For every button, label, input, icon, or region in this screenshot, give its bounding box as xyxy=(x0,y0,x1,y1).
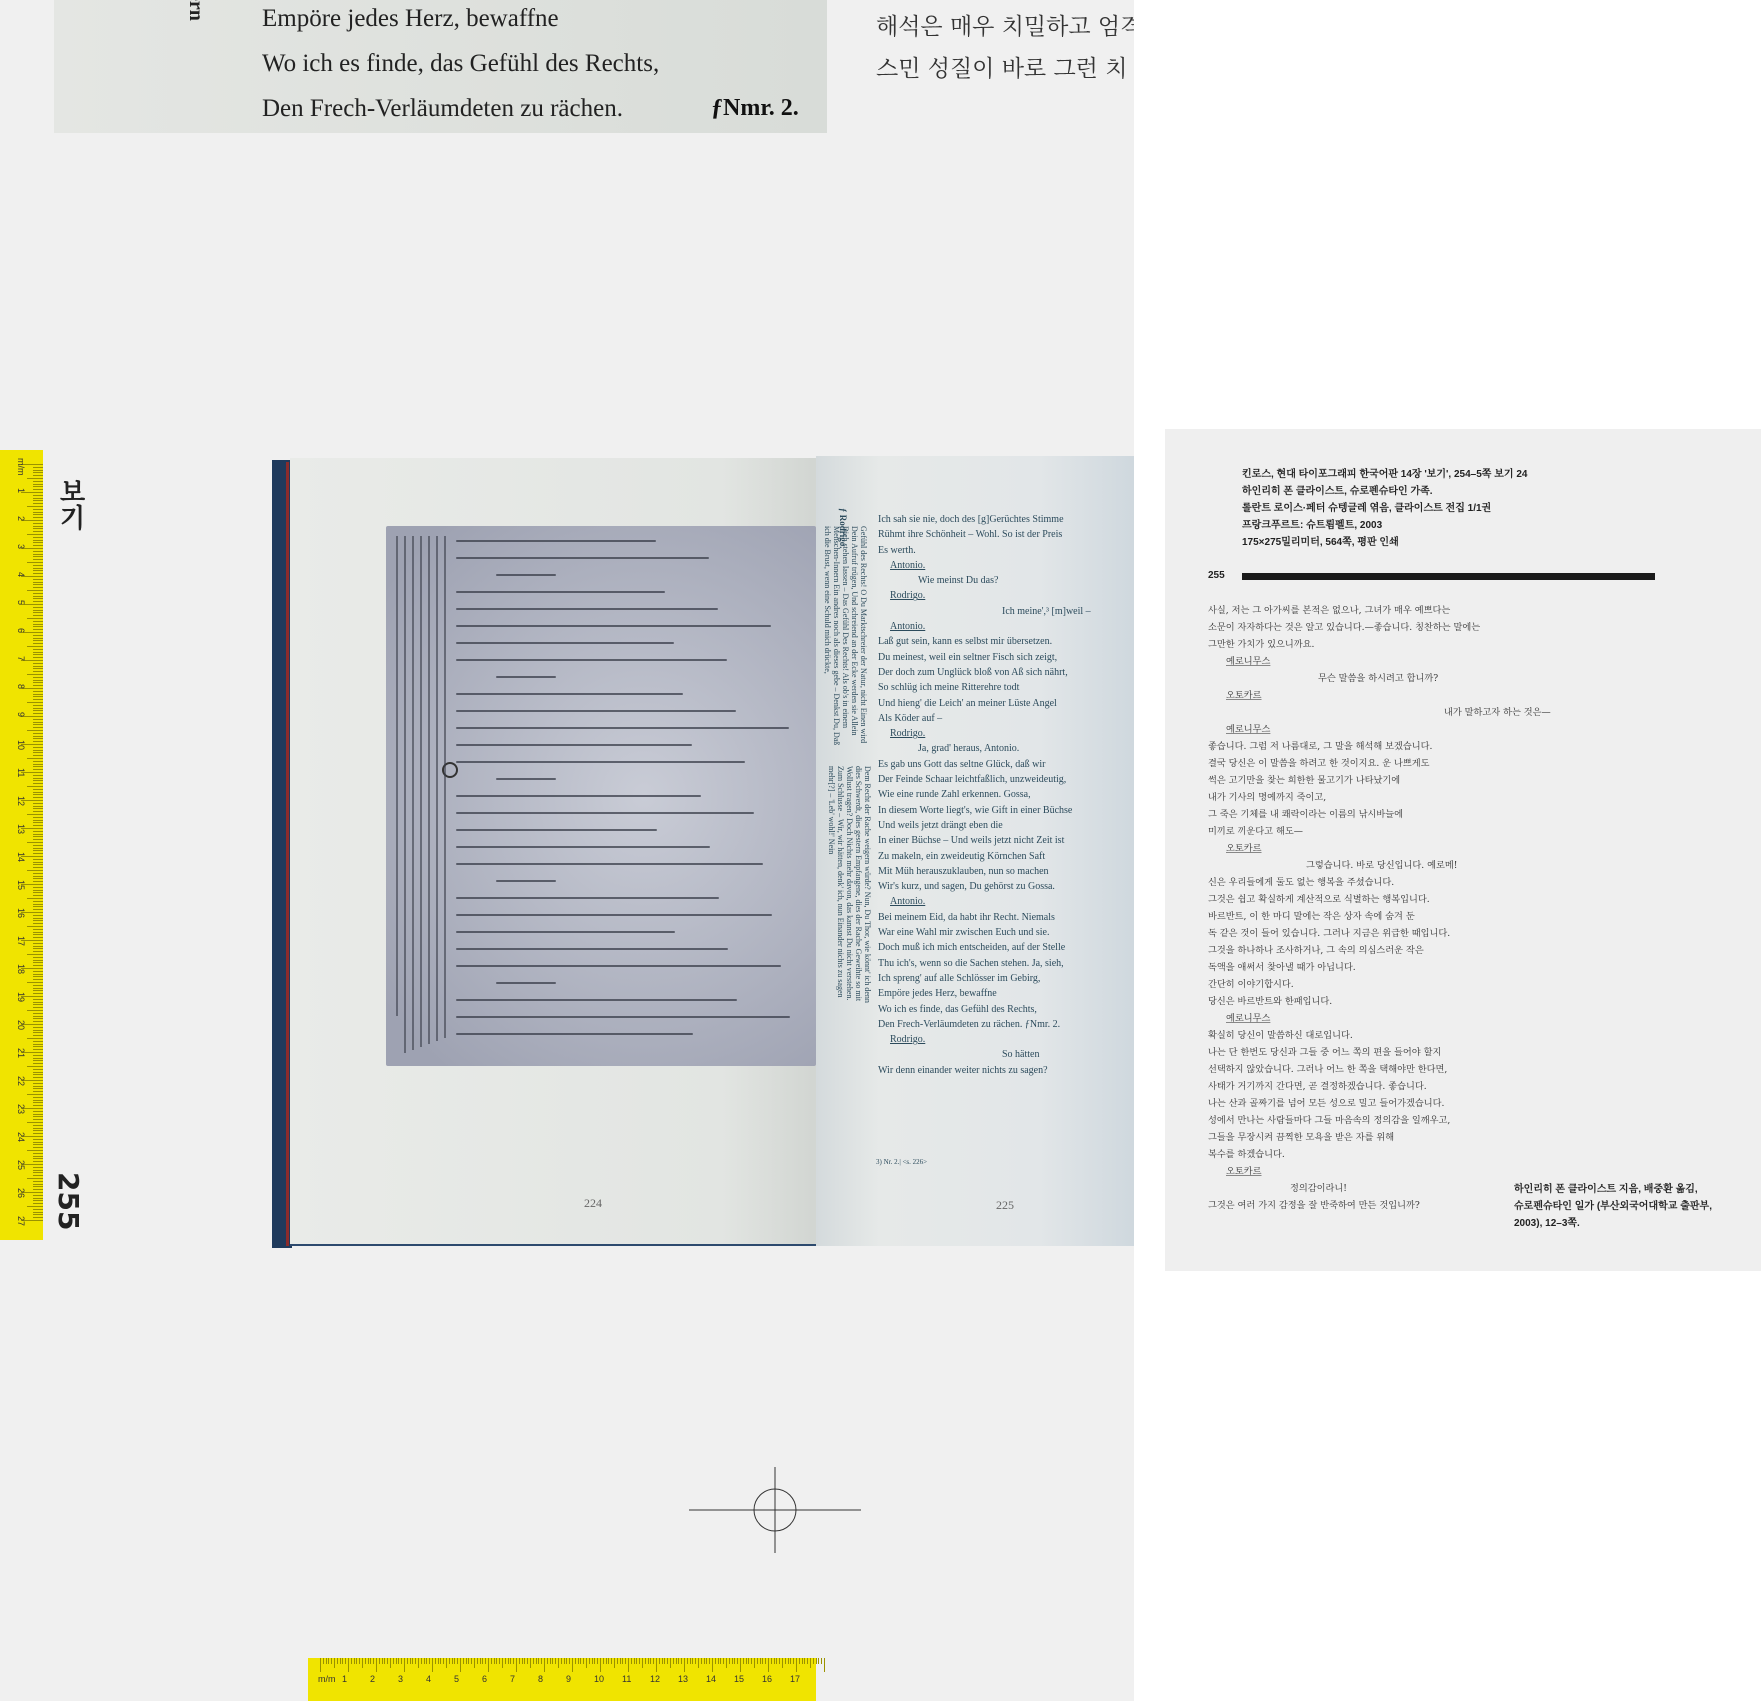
ruler-tick xyxy=(558,1658,559,1668)
korean-translation-text: 사실, 저는 그 아가씨를 본적은 없으나, 그녀가 매우 예쁘다는소문이 자자… xyxy=(1208,602,1551,1214)
ruler-tick xyxy=(33,895,43,896)
ruler-tick xyxy=(33,568,43,569)
ruler-tick xyxy=(33,587,43,588)
ruler-tick xyxy=(33,554,43,555)
ruler-tick xyxy=(33,794,43,795)
ruler-tick xyxy=(33,845,43,846)
ruler-tick xyxy=(737,1658,738,1664)
ruler-tick xyxy=(33,1018,43,1019)
ruler-tick xyxy=(454,1658,455,1664)
ruler-tick xyxy=(33,1091,43,1092)
ruler-tick xyxy=(33,579,43,580)
ruler-label: 1 xyxy=(342,1674,347,1684)
text-line: Wir denn einander weiter nichts zu sagen… xyxy=(878,1063,1091,1078)
ruler-tick xyxy=(729,1658,730,1664)
ruler-tick xyxy=(642,1658,643,1668)
ruler-tick xyxy=(33,1069,43,1070)
speaker-name: Rodrigo. xyxy=(878,726,1091,741)
ruler-tick xyxy=(667,1658,668,1664)
ruler-tick xyxy=(33,542,43,543)
ruler-tick xyxy=(656,1658,657,1672)
ruler-tick xyxy=(600,1658,601,1672)
ruler-tick xyxy=(821,1658,822,1664)
speaker-name: 오토카르 xyxy=(1208,687,1551,704)
ruler-tick xyxy=(33,1032,43,1033)
ruler-tick xyxy=(578,1658,579,1664)
ruler-tick xyxy=(33,1130,43,1131)
ruler-tick xyxy=(33,694,43,695)
ruler-tick xyxy=(27,786,43,787)
ruler-label: 12 xyxy=(16,796,26,806)
handwriting-stroke xyxy=(456,761,745,763)
text-line: Du meinest, weil ein seltner Fisch sich … xyxy=(878,650,1091,665)
ruler-tick xyxy=(33,710,43,711)
ruler-tick xyxy=(33,990,43,991)
ruler-tick xyxy=(485,1658,486,1664)
ruler-tick xyxy=(33,1083,43,1084)
ruler-tick xyxy=(27,562,43,563)
handwriting-stroke xyxy=(456,1016,790,1018)
book-left-page: 224 xyxy=(290,458,830,1244)
ruler-tick xyxy=(359,1658,360,1664)
ruler-tick xyxy=(583,1658,584,1664)
text-line: 사실, 저는 그 아가씨를 본적은 없으나, 그녀가 매우 예쁘다는 xyxy=(1208,602,1551,619)
ruler-label: 25 xyxy=(16,1160,26,1170)
ruler-tick xyxy=(524,1658,525,1664)
text-line: So hätten xyxy=(878,1047,1091,1062)
ruler-tick xyxy=(33,1021,43,1022)
handwriting-stroke xyxy=(444,536,446,1038)
handwriting-stroke xyxy=(456,795,701,797)
ruler-tick xyxy=(33,545,43,546)
ruler-tick xyxy=(376,1658,377,1672)
ruler-tick xyxy=(796,1658,797,1672)
ruler-tick xyxy=(33,467,43,468)
ruler-label: 10 xyxy=(16,740,26,750)
ruler-tick xyxy=(438,1658,439,1664)
ruler-tick xyxy=(27,898,43,899)
cover-red-edge xyxy=(286,462,289,1246)
ruler-label: 16 xyxy=(762,1674,772,1684)
ruler-tick xyxy=(746,1658,747,1664)
handwriting-stroke xyxy=(496,574,556,576)
ruler-tick xyxy=(544,1658,545,1672)
ruler-tick xyxy=(33,652,43,653)
ruler-tick xyxy=(370,1658,371,1664)
ruler-label: 9 xyxy=(16,712,26,717)
ruler-tick xyxy=(33,862,43,863)
open-book-photo: 224 ƒ Rodrigo. Gefühl des Rechts! O Du M… xyxy=(272,458,1134,1248)
ruler-tick xyxy=(477,1658,478,1664)
text-line: 좋습니다. 그럼 저 나름대로, 그 말을 해석해 보겠습니다. xyxy=(1208,738,1551,755)
ruler-tick xyxy=(33,1200,43,1201)
ruler-tick xyxy=(33,1139,43,1140)
ruler-tick xyxy=(734,1658,735,1664)
top-crop-line: Den Frech-Verläumdeten zu rächen. xyxy=(262,95,623,123)
source-line: 2003), 12–3쪽. xyxy=(1514,1215,1712,1232)
ruler-tick xyxy=(33,752,43,753)
ruler-tick xyxy=(480,1658,481,1664)
ruler-tick xyxy=(33,1035,43,1036)
ruler-tick xyxy=(33,839,43,840)
ruler-tick xyxy=(33,649,43,650)
ruler-label: 11 xyxy=(622,1674,631,1684)
ruler-tick xyxy=(718,1658,719,1664)
ruler-tick xyxy=(555,1658,556,1664)
text-line: Und hieng' die Leich' an meiner Lüste An… xyxy=(878,696,1091,711)
ruler-tick xyxy=(33,584,43,585)
ruler-tick xyxy=(33,626,43,627)
ruler-tick xyxy=(368,1658,369,1664)
vertical-variant-note: Dem Recht der Rache weigern würde? Nun, … xyxy=(822,766,872,1016)
ruler-tick xyxy=(762,1658,763,1664)
ruler-tick xyxy=(695,1658,696,1664)
ruler-tick xyxy=(774,1658,775,1664)
ruler-tick xyxy=(27,674,43,675)
ruler-tick xyxy=(634,1658,635,1664)
handwriting-stroke xyxy=(456,625,771,627)
handwriting-stroke xyxy=(456,693,683,695)
ruler-label: 22 xyxy=(16,1076,26,1086)
handwriting-stroke xyxy=(428,536,430,1044)
ruler-tick xyxy=(460,1658,461,1672)
ruler-tick xyxy=(712,1658,713,1672)
ruler-tick xyxy=(33,503,43,504)
handwriting-stroke xyxy=(496,982,556,984)
speaker-name: 예로니무스 xyxy=(1208,1010,1551,1027)
ruler-tick xyxy=(636,1658,637,1664)
ruler-label: 12 xyxy=(650,1674,660,1684)
ruler-label: 6 xyxy=(482,1674,487,1684)
text-line: 그 죽은 기체를 내 쾌락이라는 이름의 낚시바늘에 xyxy=(1208,806,1551,823)
text-line: 당신은 바르반트와 한패입니다. xyxy=(1208,993,1551,1010)
ruler-label: 4 xyxy=(16,572,26,577)
handwriting-stroke xyxy=(420,536,422,1047)
ruler-label: 27 xyxy=(16,1216,26,1226)
ruler-tick xyxy=(33,957,43,958)
ruler-tick xyxy=(33,1074,43,1075)
ruler-tick xyxy=(27,842,43,843)
ruler-tick xyxy=(804,1658,805,1664)
footnote: 3) Nr. 2.| <s. 226> xyxy=(876,1158,927,1166)
ruler-tick xyxy=(33,792,43,793)
speaker-name: Rodrigo. xyxy=(878,588,1091,603)
ruler-tick xyxy=(362,1658,363,1668)
ruler-tick xyxy=(33,1203,43,1204)
ruler-tick xyxy=(645,1658,646,1664)
ruler-tick xyxy=(33,803,43,804)
ruler-tick xyxy=(33,943,43,944)
ruler-tick xyxy=(410,1658,411,1664)
ruler-tick xyxy=(33,635,43,636)
ruler-tick xyxy=(33,724,43,725)
ruler-tick xyxy=(33,1097,43,1098)
text-line: Und weils jetzt drängt eben die xyxy=(878,818,1091,833)
ruler-tick xyxy=(457,1658,458,1664)
german-text-block: Ich sah sie nie, doch des [g]Gerüchtes S… xyxy=(878,512,1091,1078)
text-line: Der Feinde Schaar leichtfaßlich, unzweid… xyxy=(878,772,1091,787)
ruler-tick xyxy=(33,722,43,723)
ruler-tick xyxy=(27,646,43,647)
text-line: 나는 단 한번도 당신과 그들 중 어느 쪽의 편을 들어야 할지 xyxy=(1208,1044,1551,1061)
ruler-tick xyxy=(690,1658,691,1664)
ruler-tick xyxy=(396,1658,397,1664)
text-line: War eine Wahl mir zwischen Euch und sie. xyxy=(878,925,1091,940)
text-line: Empöre jedes Herz, bewaffne xyxy=(878,986,1091,1001)
ruler-tick xyxy=(390,1658,391,1668)
ruler-tick xyxy=(33,708,43,709)
ruler-tick xyxy=(589,1658,590,1664)
ruler-tick xyxy=(27,478,43,479)
ruler-tick xyxy=(415,1658,416,1664)
ruler-tick xyxy=(418,1658,419,1668)
handwriting-stroke xyxy=(496,880,556,882)
ruler-tick xyxy=(33,615,43,616)
ruler-tick xyxy=(33,881,43,882)
handwriting-stroke xyxy=(456,948,728,950)
ruler-tick xyxy=(33,1088,43,1089)
ruler-tick xyxy=(33,593,43,594)
ruler-tick xyxy=(33,755,43,756)
ruler-tick xyxy=(33,817,43,818)
ruler-tick xyxy=(33,806,43,807)
ruler-tick xyxy=(743,1658,744,1664)
text-line: 사태가 거기까지 간다면, 곧 결정하겠습니다. 좋습니다. xyxy=(1208,1078,1551,1095)
ruler-tick xyxy=(33,1128,43,1129)
ruler-tick xyxy=(597,1658,598,1664)
text-line: Ich spreng' auf alle Schlösser im Gebirg… xyxy=(878,971,1091,986)
ruler-tick xyxy=(33,484,43,485)
ruler-label: 3 xyxy=(16,544,26,549)
text-line: Wir's kurz, und sagen, Du gehörst zu Gos… xyxy=(878,879,1091,894)
ruler-tick xyxy=(757,1658,758,1664)
handwriting-stroke xyxy=(456,557,709,559)
ruler-tick xyxy=(345,1658,346,1664)
ruler-tick xyxy=(33,1142,43,1143)
ruler-tick xyxy=(27,1010,43,1011)
ruler-tick xyxy=(33,498,43,499)
text-line: 그것은 여러 가지 감정을 잘 반죽하여 만든 것입니까? xyxy=(1208,1197,1551,1214)
ruler-tick xyxy=(720,1658,721,1664)
ruler-tick xyxy=(337,1658,338,1664)
ruler-tick xyxy=(33,1181,43,1182)
ruler-tick xyxy=(33,778,43,779)
handwriting-stroke xyxy=(456,744,692,746)
handwriting-stroke xyxy=(412,536,414,1050)
ruler-tick xyxy=(33,1030,43,1031)
ruler-tick xyxy=(27,870,43,871)
ruler-tick xyxy=(33,565,43,566)
citation-line: 롤란트 로이스·페터 슈텡글레 엮음, 클라이스트 전집 1/1권 xyxy=(1242,500,1527,517)
text-line: Den Frech-Verläumdeten zu rächen. ƒNmr. … xyxy=(878,1017,1091,1032)
ruler-tick xyxy=(33,654,43,655)
ruler-tick xyxy=(33,643,43,644)
ruler-tick xyxy=(33,1198,43,1199)
ruler-tick xyxy=(701,1658,702,1664)
ruler-tick xyxy=(33,1209,43,1210)
ruler-tick xyxy=(33,1167,43,1168)
ruler-tick xyxy=(27,730,43,731)
text-line: 바르반트, 이 한 마디 말에는 작은 상자 속에 숨겨 둔 xyxy=(1208,908,1551,925)
ruler-tick xyxy=(33,537,43,538)
right-page-number: 225 xyxy=(996,1198,1014,1213)
text-line: 나는 산과 골짜기를 넘어 모든 성으로 밀고 들어가겠습니다. xyxy=(1208,1095,1551,1112)
text-line: Als Köder auf – xyxy=(878,711,1091,726)
ruler-tick xyxy=(33,951,43,952)
handwriting-stroke xyxy=(396,536,398,1016)
handwriting-stroke xyxy=(456,659,727,661)
ruler-tick xyxy=(818,1658,819,1664)
text-line: Ja, grad' heraus, Antonio. xyxy=(878,741,1091,756)
ruler-tick xyxy=(33,713,43,714)
ruler-label: 2 xyxy=(16,516,26,521)
ruler-tick xyxy=(639,1658,640,1664)
ruler-tick xyxy=(33,526,43,527)
text-line: Wo ich es finde, das Gefühl des Rechts, xyxy=(878,1002,1091,1017)
ruler-tick xyxy=(33,918,43,919)
ruler-tick xyxy=(33,1007,43,1008)
ruler-tick xyxy=(33,901,43,902)
ruler-tick xyxy=(33,820,43,821)
ruler-tick xyxy=(33,629,43,630)
ruler-tick xyxy=(715,1658,716,1664)
ruler-tick xyxy=(785,1658,786,1664)
caption-panel: 킨로스, 현대 타이포그래피 한국어판 14장 '보기', 254–5쪽 보기 … xyxy=(1165,429,1761,1271)
ruler-tick xyxy=(488,1658,489,1672)
ruler-tick xyxy=(617,1658,618,1664)
source-citation: 하인리히 폰 클라이스트 지음, 배중환 옮김, 슈로펜슈타인 일가 (부산외국… xyxy=(1514,1181,1712,1232)
ruler-tick xyxy=(33,988,43,989)
ruler-tick xyxy=(33,481,43,482)
ruler-tick xyxy=(586,1658,587,1668)
ruler-tick xyxy=(33,769,43,770)
ruler-tick xyxy=(499,1658,500,1664)
ruler-tick xyxy=(561,1658,562,1664)
ruler-label: 8 xyxy=(16,684,26,689)
ruler-tick xyxy=(653,1658,654,1664)
ruler-tick xyxy=(33,475,43,476)
handwriting-stroke xyxy=(456,812,754,814)
ruler-tick xyxy=(33,999,43,1000)
text-line: 내가 말하고자 하는 것은— xyxy=(1208,704,1551,721)
ruler-tick xyxy=(732,1658,733,1664)
ruler-tick xyxy=(471,1658,472,1664)
ruler-tick xyxy=(27,1150,43,1151)
ruler-tick xyxy=(670,1658,671,1668)
ruler-tick xyxy=(33,766,43,767)
ruler-tick xyxy=(704,1658,705,1664)
text-line: Es gab uns Gott das seltne Glück, daß wi… xyxy=(878,757,1091,772)
ruler-tick xyxy=(33,948,43,949)
ruler-tick xyxy=(33,638,43,639)
ruler-tick xyxy=(33,733,43,734)
left-page-number: 224 xyxy=(584,1196,602,1211)
ruler-label: 26 xyxy=(16,1188,26,1198)
ruler-tick xyxy=(726,1658,727,1668)
ruler-tick xyxy=(494,1658,495,1664)
ruler-tick xyxy=(27,590,43,591)
ruler-tick xyxy=(33,1184,43,1185)
ruler-tick xyxy=(698,1658,699,1668)
ruler-label: 15 xyxy=(734,1674,744,1684)
ruler-tick xyxy=(33,570,43,571)
ruler-tick xyxy=(491,1658,492,1664)
ruler-tick xyxy=(33,691,43,692)
ruler-tick xyxy=(33,836,43,837)
ruler-label: 21 xyxy=(16,1048,26,1058)
text-line: Bei meinem Eid, da habt ihr Recht. Niema… xyxy=(878,910,1091,925)
ruler-tick xyxy=(407,1658,408,1664)
ruler-tick xyxy=(33,909,43,910)
ruler-tick xyxy=(331,1658,332,1664)
ruler-tick xyxy=(440,1658,441,1664)
ruler-tick xyxy=(33,607,43,608)
ruler-tick xyxy=(513,1658,514,1664)
ruler-tick xyxy=(678,1658,679,1664)
ruler-tick xyxy=(33,621,43,622)
text-line: Rühmt ihre Schönheit – Wohl. So ist der … xyxy=(878,527,1091,542)
citation-line: 킨로스, 현대 타이포그래피 한국어판 14장 '보기', 254–5쪽 보기 … xyxy=(1242,466,1527,483)
ruler-tick xyxy=(33,1044,43,1045)
vertical-ruler: m/m1234567891011121314151617181920212223… xyxy=(0,450,43,1240)
ruler-tick xyxy=(33,892,43,893)
ruler-tick xyxy=(33,853,43,854)
ruler-label: 18 xyxy=(16,964,26,974)
speaker-name: Antonio. xyxy=(878,619,1091,634)
ruler-tick xyxy=(33,1058,43,1059)
ruler-tick xyxy=(33,677,43,678)
ruler-label: 16 xyxy=(16,908,26,918)
handwriting-stroke xyxy=(456,914,772,916)
ruler-tick xyxy=(33,780,43,781)
ruler-tick xyxy=(580,1658,581,1664)
section-title: 보기 xyxy=(52,478,89,530)
handwriting-stroke xyxy=(456,1033,693,1035)
ruler-tick xyxy=(33,1002,43,1003)
ruler-tick xyxy=(401,1658,402,1664)
ruler-tick xyxy=(662,1658,663,1664)
ruler-tick xyxy=(566,1658,567,1664)
ruler-tick xyxy=(706,1658,707,1664)
ruler-tick xyxy=(33,825,43,826)
ruler-tick xyxy=(354,1658,355,1664)
ruler-tick xyxy=(33,738,43,739)
ruler-tick xyxy=(516,1658,517,1672)
ruler-tick xyxy=(33,920,43,921)
ruler-tick xyxy=(502,1658,503,1668)
ruler-tick xyxy=(33,1060,43,1061)
ruler-tick xyxy=(810,1658,811,1668)
ruler-tick xyxy=(33,668,43,669)
ruler-tick xyxy=(27,1066,43,1067)
text-line: Laß gut sein, kann es selbst mir überset… xyxy=(878,634,1091,649)
ruler-tick xyxy=(611,1658,612,1664)
ruler-label: 17 xyxy=(16,936,26,946)
ruler-tick xyxy=(692,1658,693,1664)
ruler-tick xyxy=(709,1658,710,1664)
ruler-tick xyxy=(799,1658,800,1664)
ruler-tick xyxy=(790,1658,791,1664)
ruler-tick xyxy=(33,923,43,924)
ruler-tick xyxy=(33,1158,43,1159)
ruler-tick xyxy=(519,1658,520,1664)
top-korean-fragment: 해석은 매우 치밀하고 엄격 스민 성질이 바로 그런 치 xyxy=(876,0,1134,100)
text-line: In einer Büchse – Und weils jetzt nicht … xyxy=(878,833,1091,848)
ruler-tick xyxy=(328,1658,329,1664)
ruler-tick xyxy=(33,1013,43,1014)
ruler-label: 10 xyxy=(594,1674,604,1684)
ruler-tick xyxy=(33,719,43,720)
